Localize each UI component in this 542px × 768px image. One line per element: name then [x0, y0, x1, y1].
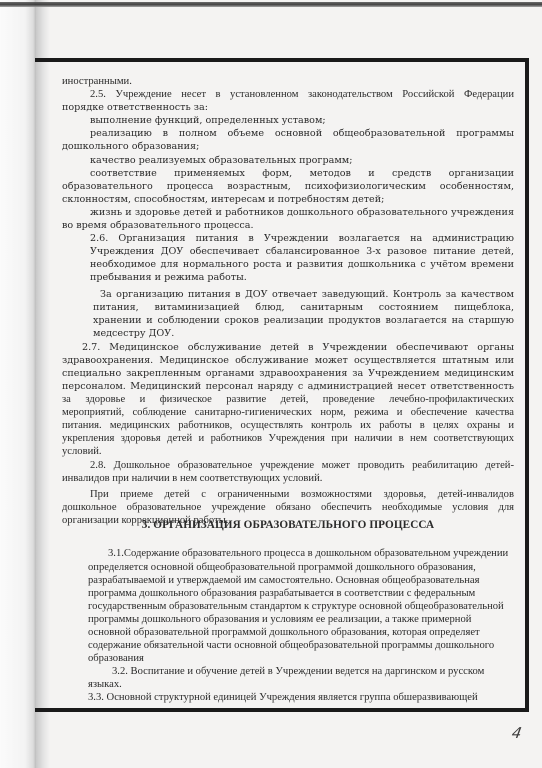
text-line: хранении и соблюдении сроков реализации … — [93, 315, 514, 327]
text-line: специально закрепленным органами здравоо… — [62, 368, 514, 380]
text-line: дошкольное образовательное учреждение об… — [62, 502, 514, 514]
binding-gutter — [0, 0, 36, 768]
text-line: 3.1.Содержание образовательного процесса… — [108, 548, 508, 560]
text-line: мероприятий, соблюдение санитарно-гигиен… — [62, 407, 514, 419]
text-line: 3.2. Воспитание и обучение детей в Учреж… — [112, 666, 484, 678]
text-line: условий. — [62, 446, 102, 458]
text-line: укрепления здоровья детей и работников У… — [62, 433, 514, 445]
text-line: языках. — [88, 679, 122, 691]
text-line: во время образовательного процесса. — [62, 220, 254, 232]
text-line: инвалидов при наличии в нем соответствую… — [62, 473, 322, 485]
text-line: содержание обязательной части основной о… — [88, 640, 494, 652]
text-line: Учреждения ДОУ обеспечивает сбалансирова… — [90, 246, 514, 258]
text-line: здравоохранения. Медицинское обслуживани… — [62, 355, 514, 367]
text-line: склонностям, способностям, интересам и п… — [62, 194, 384, 206]
text-line: соответствие применяемых форм, методов и… — [90, 168, 514, 180]
frame-bottom-border — [35, 708, 529, 712]
text-line: За организацию питания в ДОУ отвечает за… — [100, 289, 514, 301]
text-line: необходимое для нормального роста и разв… — [90, 259, 514, 271]
text-line: за здоровье и физическое развитие детей,… — [62, 394, 514, 406]
text-line: основной образовательной программой дошк… — [88, 627, 480, 639]
text-line: 2.8. Дошкольное образовательное учрежден… — [90, 460, 514, 472]
section-3-heading: 3. ОРГАНИЗАЦИЯ ОБРАЗОВАТЕЛЬНОГО ПРОЦЕССА — [62, 519, 514, 531]
text-line: реализацию в полном объеме основной обще… — [90, 128, 514, 140]
text-line: питания. медицинских работников, осущест… — [62, 420, 514, 432]
text-line: 2.6. Организация питания в Учреждении во… — [90, 233, 514, 245]
text-line: качество реализуемых образовательных про… — [90, 155, 352, 167]
text-line: пребывания и режима работы. — [90, 272, 247, 284]
text-line: жизнь и здоровье детей и работников дошк… — [90, 207, 514, 219]
text-line: иностранными. — [62, 76, 132, 88]
text-line: персоналом. Медицинский персонал наряду … — [62, 381, 514, 393]
text-line: образовательного процесса возрастным, пс… — [62, 181, 514, 193]
text-line: выполнение функций, определенных уставом… — [90, 115, 326, 127]
text-line: 2.5. Учреждение несет в установленном за… — [90, 89, 514, 101]
text-line: образования — [88, 653, 144, 665]
text-line: При приеме детей с ограниченными возможн… — [90, 489, 514, 501]
text-line: программа дошкольного образования разраб… — [88, 588, 475, 600]
text-line: государственным образовательным стандарт… — [88, 601, 504, 613]
text-line: определяется основной общеобразовательно… — [88, 562, 476, 574]
text-line: 2.7. Медицинское обслуживание детей в Уч… — [82, 342, 514, 354]
page-fold-shadow — [36, 0, 50, 768]
text-line: медсестру ДОУ. — [93, 328, 174, 340]
handwritten-page-number: 4 — [510, 724, 523, 742]
text-line: питания, витаминизацией блюд, санитарным… — [93, 302, 514, 314]
text-line: порядке ответственность за: — [62, 102, 208, 114]
text-line: 3.3. Основной структурной единицей Учреж… — [88, 692, 478, 704]
scan-top-edge — [0, 2, 542, 7]
frame-right-border — [525, 58, 529, 712]
text-line: программы дошкольного образования и усло… — [88, 614, 471, 626]
text-line: разрабатываемой и утверждаемой им самост… — [88, 575, 480, 587]
frame-top-border — [35, 58, 529, 62]
text-line: дошкольного образования; — [62, 141, 199, 153]
